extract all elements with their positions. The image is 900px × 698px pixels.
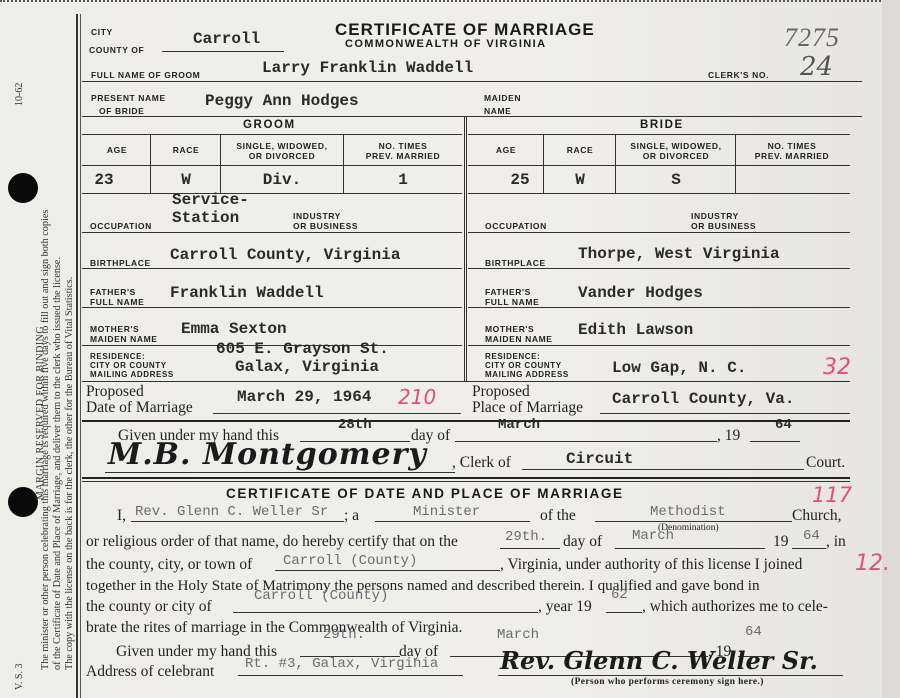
year-prefix: , 19	[717, 427, 740, 445]
cert-day: 29th.	[505, 529, 547, 545]
father-label: FATHER'S	[90, 287, 136, 297]
proposed-date-annotation: 210	[398, 385, 436, 409]
mother-label: MAIDEN NAME	[90, 334, 158, 344]
rule	[82, 420, 850, 422]
cert-line3-rest: , Virginia, under authority of this lice…	[500, 556, 802, 574]
underline	[238, 675, 463, 676]
bride-name-label: OF BRIDE	[99, 106, 144, 116]
underline	[131, 521, 344, 522]
maiden-name-label: NAME	[484, 106, 511, 116]
underline	[375, 521, 530, 522]
underline	[750, 441, 800, 442]
margin-border	[80, 14, 81, 698]
cert-line5-text: the county or city of	[86, 598, 212, 616]
court-label: Court.	[806, 454, 845, 472]
celebrant-address: Rt. #3, Galax, Virginia	[245, 656, 438, 672]
certificate-annotation: 117	[812, 483, 852, 507]
perforation-edge	[0, 0, 900, 3]
cert-year: 64	[803, 528, 820, 544]
form-code: 10-62	[14, 83, 25, 106]
given-day: 29th.	[323, 627, 365, 643]
marriage-certificate: 10-62 V. S. 3 MARGIN RESERVED FOR BINDIN…	[0, 0, 900, 698]
certificate-section-title: CERTIFICATE OF DATE AND PLACE OF MARRIAG…	[226, 486, 624, 501]
cert-month: March	[632, 528, 674, 544]
binding-hole-icon	[8, 487, 38, 517]
cert-line4-text: together in the Holy State of Matrimony …	[86, 577, 760, 595]
bride-birthplace: Thorpe, West Virginia	[578, 245, 780, 263]
groom-occupation-line1: Service-	[172, 191, 249, 209]
underline	[615, 548, 765, 549]
margin-border	[76, 14, 78, 698]
father-label: FULL NAME	[485, 297, 539, 307]
margin-instructions-1: The minister or other person celebrating…	[40, 210, 51, 670]
groom-race: W	[152, 171, 220, 189]
cert-line2-in: , in	[826, 533, 846, 551]
groom-mother: Emma Sexton	[181, 320, 287, 338]
cert-town: Carroll (County)	[283, 553, 417, 569]
rule	[82, 481, 850, 482]
cert-line2-19: 19	[773, 533, 789, 551]
rule	[82, 477, 850, 479]
cert-line1-church: Church,	[792, 507, 842, 525]
residence-label: MAILING ADDRESS	[90, 370, 174, 380]
mother-label: MOTHER'S	[90, 324, 139, 334]
city-label: CITY	[91, 27, 113, 37]
rule	[468, 307, 850, 308]
proposed-place: Carroll County, Va.	[612, 390, 794, 408]
cell-divider	[735, 134, 736, 193]
times-header: PREV. MARRIED	[344, 151, 462, 161]
rule	[468, 268, 850, 269]
groom-name-label: FULL NAME OF GROOM	[91, 70, 200, 80]
certificate-title: CERTIFICATE OF MARRIAGE	[335, 20, 595, 40]
rule	[82, 307, 462, 308]
rule	[82, 268, 462, 269]
underline	[500, 548, 560, 549]
signature-line	[105, 472, 455, 473]
cert-line1-of-the: of the	[540, 507, 576, 525]
underline	[213, 413, 461, 414]
proposed-date-label: Date of Marriage	[86, 399, 193, 417]
cert-line5-year: , year 19	[538, 598, 592, 616]
denomination: Methodist	[650, 504, 726, 520]
clerk-signature: M.B. Montgomery	[108, 437, 427, 472]
license-year: 64	[775, 417, 792, 433]
groom-birthplace: Carroll County, Virginia	[170, 246, 400, 264]
underline	[792, 548, 826, 549]
county-value: Carroll	[193, 30, 260, 48]
rule	[82, 134, 462, 135]
industry-label: OR BUSINESS	[691, 221, 756, 231]
age-header: AGE	[470, 145, 542, 155]
groom-age: 23	[84, 171, 124, 189]
underline	[455, 441, 717, 442]
underline	[233, 612, 538, 613]
status-header: SINGLE, WIDOWED,	[222, 141, 342, 151]
father-label: FULL NAME	[90, 297, 144, 307]
groom-section-title: GROOM	[243, 119, 296, 131]
age-header: AGE	[84, 145, 150, 155]
residence-label: MAILING ADDRESS	[485, 370, 569, 380]
groom-status: Div.	[222, 171, 342, 189]
cert-line3-text: the county, city, or town of	[86, 556, 252, 574]
times-header: PREV. MARRIED	[737, 151, 847, 161]
cert-line2-text: or religious order of that name, do here…	[86, 533, 458, 551]
rule	[468, 134, 850, 135]
bride-status: S	[617, 171, 735, 189]
cell-divider	[220, 134, 221, 193]
groom-full-name: Larry Franklin Waddell	[262, 59, 473, 77]
certificate-subtitle: COMMONWEALTH OF VIRGINIA	[345, 38, 546, 50]
cell-divider	[150, 134, 151, 193]
birthplace-label: BIRTHPLACE	[485, 258, 546, 268]
address-label: Address of celebrant	[86, 663, 214, 681]
license-month: March	[498, 417, 540, 433]
cert-line5-rest: , which authorizes me to cele-	[642, 598, 828, 616]
binding-hole-icon	[8, 173, 38, 203]
rule	[468, 193, 850, 194]
underline	[595, 521, 792, 522]
form-number: V. S. 3	[14, 664, 25, 691]
rule	[468, 345, 850, 346]
clerk-no-value: 24	[800, 52, 833, 82]
margin-instructions-2: of the Certificate of Date and Place of …	[52, 257, 63, 670]
rule	[468, 165, 850, 166]
rule	[82, 193, 462, 194]
license-day: 28th	[338, 417, 372, 433]
mother-label: MAIDEN NAME	[485, 334, 553, 344]
groom-occupation-line2: Station	[172, 209, 239, 227]
times-header: NO. TIMES	[344, 141, 462, 151]
cert-line2-day-of: day of	[563, 533, 602, 551]
page-edge	[882, 0, 900, 698]
cell-divider	[615, 134, 616, 193]
bride-present-name: Peggy Ann Hodges	[205, 92, 359, 110]
status-header: OR DIVORCED	[222, 151, 342, 161]
rule	[82, 81, 862, 82]
race-header: RACE	[545, 145, 615, 155]
race-header: RACE	[152, 145, 220, 155]
groom-residence-street: 605 E. Grayson St.	[216, 340, 389, 358]
status-header: OR DIVORCED	[617, 151, 735, 161]
given-month: March	[497, 627, 539, 643]
signature-line	[498, 675, 843, 676]
cert-line1-a: ; a	[344, 507, 359, 525]
underline	[606, 612, 642, 613]
proposed-place-label: Place of Marriage	[472, 399, 583, 417]
stamp-number: 7275	[784, 23, 840, 53]
given-year: 64	[745, 624, 762, 640]
occupation-label: OCCUPATION	[485, 221, 547, 231]
times-header: NO. TIMES	[737, 141, 847, 151]
father-label: FATHER'S	[485, 287, 531, 297]
cell-divider	[343, 134, 344, 193]
occupation-label: OCCUPATION	[90, 221, 152, 231]
celebrant-signature: Rev. Glenn C. Weller Sr.	[500, 646, 818, 675]
bride-residence-annotation: 32	[823, 355, 851, 380]
underline	[600, 413, 850, 414]
underline	[162, 51, 284, 52]
signature-caption: (Person who performs ceremony sign here.…	[571, 677, 764, 687]
bride-mother: Edith Lawson	[578, 321, 693, 339]
bride-race: W	[545, 171, 615, 189]
rule	[468, 232, 850, 233]
county-label: COUNTY OF	[89, 45, 144, 55]
status-header: SINGLE, WIDOWED,	[617, 141, 735, 151]
industry-label: INDUSTRY	[293, 211, 341, 221]
court-name: Circuit	[566, 450, 633, 468]
industry-label: INDUSTRY	[691, 211, 739, 221]
officiant-title: Minister	[413, 504, 480, 520]
groom-father: Franklin Waddell	[170, 284, 324, 302]
cert-line3-annotation: 12.	[855, 551, 890, 576]
bride-age: 25	[500, 171, 540, 189]
bride-section-title: BRIDE	[640, 119, 684, 131]
groom-times-married: 1	[344, 171, 462, 189]
bride-father: Vander Hodges	[578, 284, 703, 302]
cert-line1-i: I,	[117, 507, 126, 525]
mother-label: MOTHER'S	[485, 324, 534, 334]
bond-county: Carroll (County)	[254, 588, 388, 604]
rule	[82, 165, 462, 166]
groom-residence-city: Galax, Virginia	[235, 358, 379, 376]
underline	[522, 469, 804, 470]
column-divider	[464, 116, 467, 381]
bride-residence: Low Gap, N. C.	[612, 359, 746, 377]
margin-instructions-3: The copy with the license on the back is…	[64, 277, 75, 670]
rule	[82, 232, 462, 233]
clerk-no-label: CLERK'S NO.	[708, 70, 769, 80]
cert-line6-text: brate the rites of marriage in the Commo…	[86, 619, 462, 637]
bride-name-label: PRESENT NAME	[91, 93, 166, 103]
rule	[82, 116, 862, 117]
underline	[275, 570, 500, 571]
officiant-name: Rev. Glenn C. Weller Sr	[135, 504, 328, 520]
clerk-of-label: , Clerk of	[452, 454, 511, 472]
rule	[82, 381, 850, 382]
bond-year: 62	[611, 587, 628, 603]
proposed-date: March 29, 1964	[237, 388, 371, 406]
birthplace-label: BIRTHPLACE	[90, 258, 151, 268]
industry-label: OR BUSINESS	[293, 221, 358, 231]
cell-divider	[543, 134, 544, 193]
maiden-name-label: MAIDEN	[484, 93, 521, 103]
